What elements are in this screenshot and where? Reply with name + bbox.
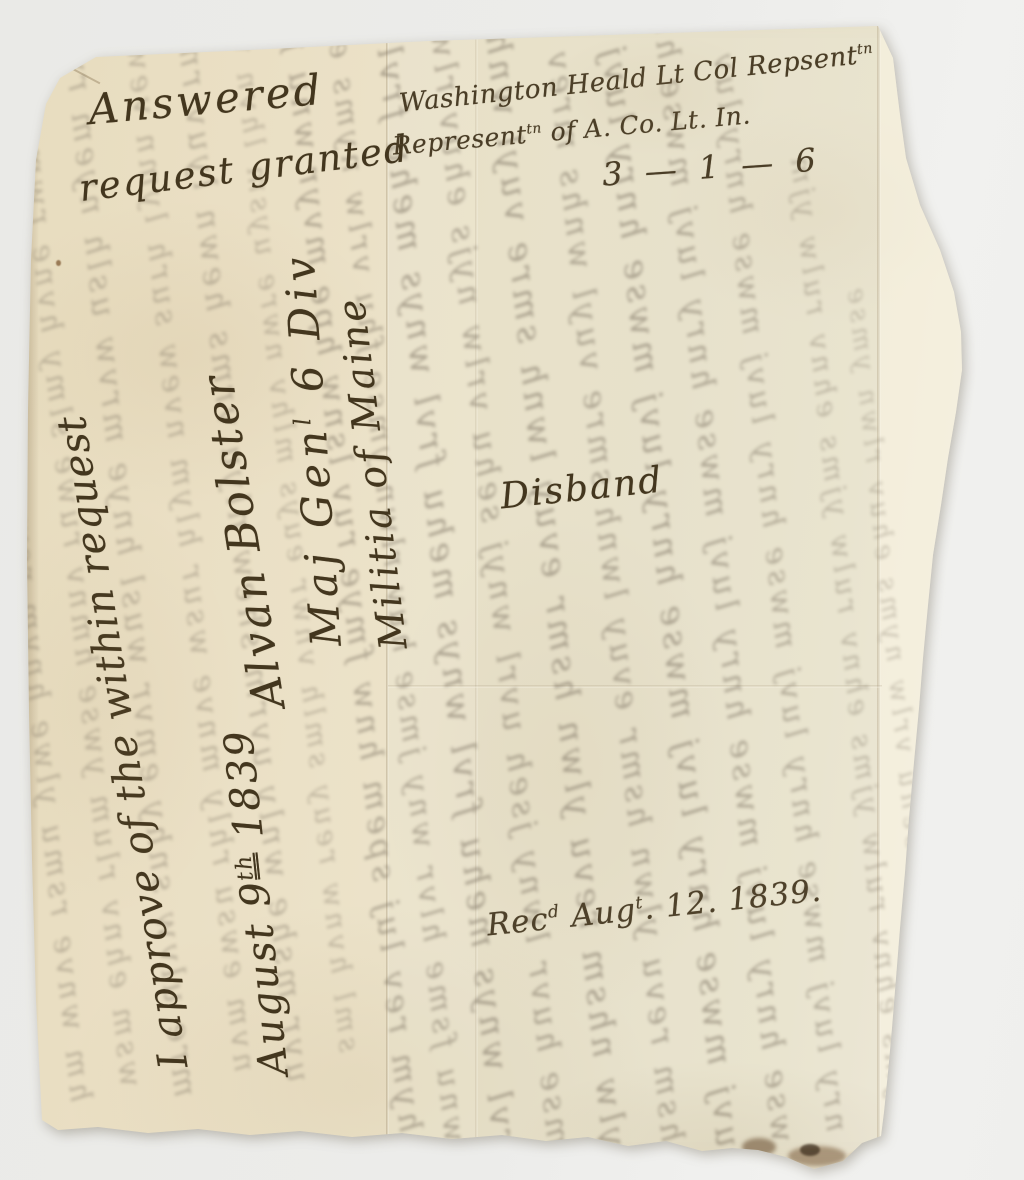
left-edge-shading (27, 70, 39, 1135)
ghost-bleedthrough-column: vrl wnym sehu vrlw nyms ehuv rlwn ymse (841, 282, 948, 1023)
docket-line-1-text: Washington Heald Lt Col Repsent (398, 41, 859, 119)
fold-crease-vertical-right (877, 0, 881, 1180)
annotation-answered: Answered (86, 65, 325, 134)
left-edge-speck (56, 260, 61, 266)
fold-crease-vertical-mid (475, 0, 478, 1180)
ghost-bleedthrough-column: msе huvr lwny jseh uvrl wnyj sehu vrlw n… (420, 0, 578, 1149)
docket-line-2-text-a: Represent (391, 120, 528, 161)
endorsement-signature: Alvan Bolster (192, 370, 295, 712)
pencil-mark: h (859, 1154, 868, 1168)
endorsement-rank-superscript: l (290, 411, 317, 426)
scan-background: hm wnve rsmu ylwe hnvm rswu emly hvnw rs… (0, 0, 1024, 1180)
corner-fold-top-left (57, 60, 100, 84)
docket-line-1-superscript: tn (856, 41, 874, 59)
annotation-answered-text: Answered (86, 65, 325, 134)
pencil-mark-text: h (859, 1154, 868, 1168)
endorsement-date-superscript: th (231, 853, 259, 882)
docket-line-2-superscript: tn (526, 120, 543, 137)
docket-tally: 3 — 1 — 6 (601, 140, 823, 193)
endorsement-line-approve: I approve of the within request (49, 412, 198, 1072)
order-disband: Disband (498, 460, 665, 518)
bottom-right-stain-2 (788, 1146, 846, 1166)
bottom-edge-smudge (118, 1140, 243, 1147)
received-text-c: . 12. 1839. (642, 873, 823, 927)
endorsement-date-text-b: 1839 (216, 727, 275, 856)
endorsement-date-text-a: August 9 (231, 877, 297, 1078)
docket-line-2-text-b: of A. Co. Lt. In. (541, 100, 752, 147)
fold-crease-horizontal (388, 685, 882, 688)
received-text-b: Aug (559, 892, 638, 936)
docket-line-1: Washington Heald Lt Col Repsenttn (398, 39, 875, 119)
endorsement-signature-text: Alvan Bolster (192, 370, 295, 712)
annotation-request-granted-text: request granted (77, 127, 412, 210)
bottom-right-stain-1 (742, 1138, 776, 1156)
paper-panel-right-torn-strip (880, 0, 970, 1180)
ghost-bleedthrough-column: jms ehnv rulw yjms ehnv rulw yjms ehnv r… (783, 150, 915, 1093)
bottom-right-stain-dark-core (800, 1144, 820, 1156)
endorsement-rank-text-b: 6 Div (274, 250, 334, 413)
order-disband-text: Disband (498, 460, 665, 518)
endorsement-rank-text-a: Maj Gen (287, 423, 351, 648)
bottom-right-rust-stain (848, 1152, 874, 1164)
endorsement-line-approve-text: I approve of the within request (49, 412, 198, 1072)
ghost-bleedthrough-column: nry luvj mwse hnry luvj mwse hnry luvj m… (705, 47, 854, 1134)
received-date-line: Recd Augt. 12. 1839. (485, 873, 823, 944)
received-text-a: Rec (485, 901, 550, 943)
endorsement-line-date: August 9th 1839 (216, 727, 298, 1078)
annotation-request-granted: request granted (77, 127, 412, 210)
docket-tally-text: 3 — 1 — 6 (601, 140, 823, 193)
manuscript-page: hm wnve rsmu ylwe hnvm rswu emly hvnw rs… (0, 0, 1024, 1180)
paper-shadow: hm wnve rsmu ylwe hnvm rswu emly hvnw rs… (0, 0, 1024, 1180)
